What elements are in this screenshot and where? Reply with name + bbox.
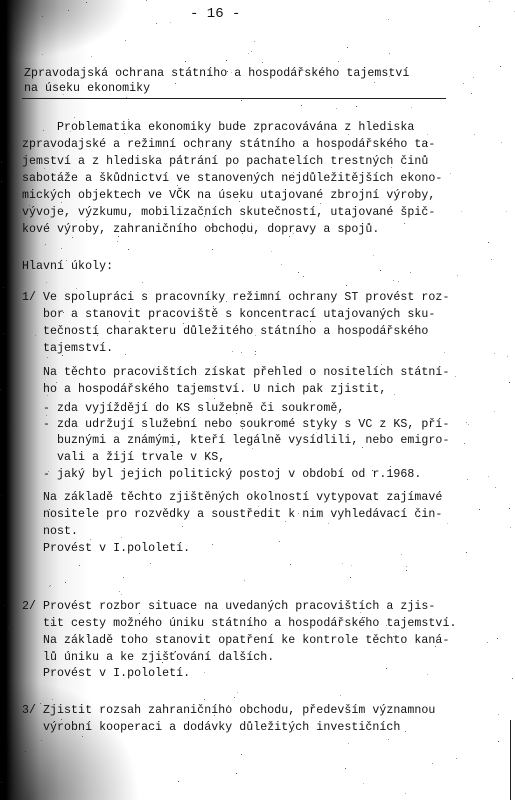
scan-speck [463, 83, 464, 84]
scan-speck [340, 695, 341, 696]
scan-edge-right [510, 720, 511, 800]
scan-speck [149, 495, 150, 496]
scan-speck [82, 736, 83, 737]
scan-speck [214, 398, 215, 399]
scan-speck [507, 356, 508, 357]
scan-speck [467, 479, 468, 480]
scan-speck [406, 566, 407, 567]
scan-speck [124, 133, 125, 134]
scan-speck [258, 506, 259, 507]
scan-speck [236, 413, 237, 414]
task1-line: ho a hospodářského tajemství. U nich pak… [22, 382, 386, 398]
scan-speck [72, 302, 73, 303]
scan-speck [123, 577, 124, 578]
scan-speck [398, 281, 399, 282]
scan-speck [389, 53, 390, 54]
scan-speck [457, 275, 458, 276]
scan-speck [226, 60, 227, 61]
scan-speck [204, 672, 205, 673]
scan-speck [380, 270, 381, 271]
scan-speck [495, 487, 496, 488]
scan-speck [88, 391, 89, 392]
scan-speck [427, 142, 428, 143]
scan-speck [87, 636, 88, 637]
scan-speck [72, 237, 73, 238]
scan-speck [49, 509, 50, 510]
scan-speck [298, 513, 299, 514]
scan-speck [146, 0, 147, 1]
scan-speck [58, 262, 59, 263]
scan-speck [303, 276, 304, 277]
scan-speck [271, 251, 272, 252]
scan-speck [242, 428, 243, 429]
scan-speck [43, 130, 44, 131]
scan-speck [211, 227, 212, 228]
scan-speck [61, 202, 62, 203]
scan-speck [48, 471, 49, 472]
scan-speck [13, 170, 14, 171]
scan-speck [97, 335, 98, 336]
scan-speck [386, 625, 387, 626]
scan-speck [128, 249, 129, 250]
scan-speck [9, 146, 10, 147]
scan-speck [506, 211, 507, 212]
scan-shadow-top [0, 0, 130, 60]
scan-speck [4, 605, 5, 606]
scan-speck [488, 476, 489, 477]
scan-speck [1, 162, 2, 163]
scan-speck [68, 10, 69, 11]
scan-speck [0, 389, 1, 390]
scan-speck [79, 565, 80, 566]
scan-speck [342, 563, 343, 564]
scan-speck [248, 53, 249, 54]
scan-speck [388, 739, 389, 740]
scan-speck [509, 508, 510, 509]
scan-speck [110, 314, 111, 315]
scan-speck [131, 492, 132, 493]
scan-speck [293, 233, 294, 234]
task1-line: nost. [22, 524, 78, 540]
heading-underline [22, 98, 446, 99]
scan-speck [26, 295, 27, 296]
scan-speck [132, 495, 133, 496]
scan-speck [279, 541, 280, 542]
scan-speck [388, 19, 389, 20]
scan-speck [68, 653, 69, 654]
scan-speck [301, 105, 302, 106]
scan-speck [298, 272, 299, 273]
scan-speck [435, 646, 436, 647]
scan-speck [120, 197, 121, 198]
scan-speck [466, 552, 467, 553]
scan-speck [180, 417, 181, 418]
scan-speck [264, 723, 265, 724]
scan-speck [373, 255, 374, 256]
scan-speck [293, 730, 294, 731]
scan-speck [348, 134, 349, 135]
task1-line: Na základě těchto zjištěných okolností v… [22, 490, 442, 506]
task1-line: tajemství. [22, 341, 113, 357]
scan-speck [466, 422, 467, 423]
scan-speck [348, 743, 349, 744]
scan-speck [14, 429, 15, 430]
scan-speck [498, 741, 499, 742]
scan-speck [498, 714, 499, 715]
scan-speck [345, 768, 346, 769]
scan-speck [116, 452, 117, 453]
scan-speck [427, 674, 428, 675]
scan-speck [479, 26, 480, 27]
scan-speck [347, 47, 348, 48]
scan-speck [117, 241, 118, 242]
scan-speck [228, 705, 229, 706]
scan-speck [47, 357, 48, 358]
scan-speck [324, 296, 325, 297]
scan-speck [156, 23, 157, 24]
task1-line: - jaký byl jejich politický postoj v obd… [22, 467, 421, 483]
scan-speck [411, 107, 412, 108]
scan-speck [350, 577, 351, 578]
scan-speck [241, 352, 242, 353]
scan-speck [253, 183, 254, 184]
scan-speck [461, 211, 462, 212]
scan-speck [252, 448, 253, 449]
scan-speck [212, 544, 213, 545]
scan-speck [447, 523, 448, 524]
scan-speck [46, 415, 47, 416]
scan-speck [127, 192, 128, 193]
scan-speck [242, 233, 243, 234]
scan-speck [3, 333, 4, 334]
task1-line: Provést v I.pololetí. [22, 541, 190, 557]
task3-line: výrobní kooperaci a dodávky důležitých i… [22, 720, 400, 736]
page-number: - 16 - [190, 6, 240, 22]
scan-speck [455, 376, 456, 377]
scan-speck [129, 321, 130, 322]
scan-speck [289, 236, 290, 237]
scan-speck [86, 2, 87, 3]
scan-speck [238, 125, 239, 126]
scan-speck [456, 758, 457, 759]
scan-speck [474, 134, 475, 135]
scan-speck [384, 512, 385, 513]
scan-speck [274, 422, 275, 423]
scan-speck [239, 201, 240, 202]
scan-speck [86, 220, 87, 221]
scan-speck [200, 147, 201, 148]
scan-speck [340, 393, 341, 394]
scan-speck [293, 172, 294, 173]
scan-speck [227, 71, 228, 72]
scan-speck [1, 782, 2, 783]
task2-line: tit cesty možného úniku státního a hospo… [22, 616, 456, 632]
scan-shadow-bottom [0, 680, 140, 800]
scan-speck [494, 353, 495, 354]
intro-line: mických objektech ve VČK na úseku utajov… [22, 188, 435, 204]
scan-speck [479, 509, 480, 510]
scan-speck [464, 443, 465, 444]
intro-line: jemství a z hlediska pátrání po pachatel… [22, 154, 428, 170]
task1-line: vali a žijí trvale v KS, [22, 450, 225, 466]
scan-speck [353, 475, 354, 476]
scan-speck [45, 244, 46, 245]
scan-speck [35, 335, 36, 336]
task1-line: bor a stanovit pracoviště s koncentrací … [22, 307, 435, 323]
scan-speck [244, 580, 245, 581]
scan-speck [291, 146, 292, 147]
scan-speck [90, 539, 91, 540]
scan-speck [382, 421, 383, 422]
scan-speck [288, 389, 289, 390]
intro-line: kové výroby, zahraničního obchodu, dopra… [22, 222, 379, 238]
intro-line: Problematika ekonomiky bude zpracovávána… [22, 120, 414, 136]
task2-line: Provést v I.pololetí. [22, 666, 190, 682]
task1-line: Na těchto pracovištích získat přehled o … [22, 365, 449, 381]
scan-speck [351, 565, 352, 566]
scan-speck [256, 725, 257, 726]
scan-speck [1, 495, 2, 496]
scan-speck [255, 335, 256, 336]
scan-speck [183, 323, 184, 324]
scan-speck [139, 613, 140, 614]
task1-line: tečností charakteru důležitého státního … [22, 324, 428, 340]
scan-speck [512, 678, 513, 679]
scan-speck [494, 411, 495, 412]
scan-speck [387, 725, 388, 726]
scan-speck [497, 638, 498, 639]
scan-speck [391, 167, 392, 168]
scan-speck [310, 321, 311, 322]
intro-line: vývoje, výzkumu, mobilizačních skutečnos… [22, 205, 435, 221]
document-page: - 16 - Zpravodajská ochrana státního a h… [0, 0, 515, 800]
scan-speck [337, 413, 338, 414]
task1-line: 1/ Ve spolupráci s pracovníky režimní oc… [22, 290, 449, 306]
scan-speck [126, 97, 127, 98]
task2-line: lů úniku a ke zjišťování dalších. [22, 650, 274, 666]
scan-speck [150, 563, 151, 564]
scan-speck [234, 697, 235, 698]
intro-line: sabotáže a škůdnictví ve stanovených nej… [22, 171, 442, 187]
scan-speck [471, 93, 472, 94]
scan-speck [406, 570, 407, 571]
task1-line: - zda vyjíždějí do KS služebně či soukro… [22, 401, 344, 417]
scan-speck [8, 628, 9, 629]
scan-speck [180, 156, 181, 157]
scan-speck [432, 763, 433, 764]
scan-speck [510, 527, 511, 528]
task1-line: - zda udržují služební nebo soukromé sty… [22, 417, 449, 433]
scan-speck [207, 658, 208, 659]
scan-speck [262, 330, 263, 331]
scan-speck [214, 715, 215, 716]
scan-speck [51, 623, 52, 624]
scan-speck [62, 355, 63, 356]
scan-speck [254, 41, 255, 42]
scan-speck [175, 83, 176, 84]
scan-speck [76, 288, 77, 289]
scan-speck [321, 69, 322, 70]
scan-speck [42, 16, 43, 17]
scan-speck [316, 432, 317, 433]
scan-speck [204, 216, 205, 217]
scan-speck [488, 242, 489, 243]
scan-speck [237, 692, 238, 693]
scan-speck [255, 351, 256, 352]
scan-speck [63, 312, 64, 313]
scan-speck [255, 354, 256, 355]
scan-speck [47, 395, 48, 396]
scan-speck [125, 40, 126, 41]
scan-speck [336, 108, 337, 109]
scan-speck [356, 106, 357, 107]
scan-speck [172, 445, 173, 446]
scan-speck [379, 213, 380, 214]
scan-speck [61, 248, 62, 249]
scan-speck [487, 642, 488, 643]
scan-speck [232, 351, 233, 352]
scan-speck [204, 699, 205, 700]
scan-speck [473, 77, 474, 78]
scan-speck [185, 61, 186, 62]
scan-speck [241, 754, 242, 755]
scan-speck [236, 773, 237, 774]
scan-speck [66, 260, 67, 261]
scan-speck [281, 264, 282, 265]
task1-line: buznými a známými, kteří legálně vysídli… [22, 433, 449, 449]
scan-speck [128, 119, 129, 120]
scan-speck [40, 703, 41, 704]
scan-speck [251, 223, 252, 224]
scan-speck [159, 492, 160, 493]
scan-speck [500, 66, 501, 67]
scan-speck [46, 282, 47, 283]
heading-line-2: na úseku ekonomiky [24, 81, 150, 97]
scan-speck [25, 751, 26, 752]
scan-speck [489, 1, 490, 2]
scan-speck [360, 612, 361, 613]
scan-speck [262, 62, 263, 63]
scan-speck [119, 591, 120, 592]
scan-speck [401, 554, 402, 555]
heading-line-1: Zpravodajská ochrana státního a hospodář… [24, 66, 409, 82]
scan-speck [386, 668, 387, 669]
scan-speck [162, 662, 163, 663]
scan-speck [363, 783, 364, 784]
scan-speck [381, 364, 382, 365]
scan-speck [260, 638, 261, 639]
scan-speck [410, 272, 411, 273]
scan-speck [226, 301, 227, 302]
scan-speck [390, 466, 391, 467]
intro-line: zpravodajské a režimní ochrany státního … [22, 137, 435, 153]
scan-speck [338, 61, 339, 62]
scan-speck [369, 511, 370, 512]
scan-speck [70, 131, 71, 132]
task2-line: 2/ Provést rozbor situace na uvedaných p… [22, 599, 435, 615]
scan-speck [29, 205, 30, 206]
scan-speck [65, 582, 66, 583]
scan-speck [3, 287, 4, 288]
scan-speck [231, 72, 232, 73]
scan-speck [394, 394, 395, 395]
scan-speck [405, 731, 406, 732]
scan-speck [501, 142, 502, 143]
scan-speck [121, 594, 122, 595]
scan-speck [91, 56, 92, 57]
scan-speck [468, 424, 469, 425]
scan-speck [427, 134, 428, 135]
scan-speck [328, 523, 329, 524]
scan-speck [314, 307, 315, 308]
scan-speck [177, 185, 178, 186]
scan-speck [170, 22, 171, 23]
scan-speck [346, 224, 347, 225]
scan-speck [49, 586, 50, 587]
scan-speck [56, 382, 57, 383]
scan-speck [404, 223, 405, 224]
scan-speck [74, 117, 75, 118]
scan-speck [1, 181, 2, 182]
scan-speck [44, 168, 45, 169]
scan-speck [50, 585, 51, 586]
scan-speck [285, 521, 286, 522]
scan-speck [7, 633, 8, 634]
scan-speck [12, 258, 13, 259]
scan-speck [362, 447, 363, 448]
scan-speck [213, 306, 214, 307]
scan-speck [52, 699, 53, 700]
scan-speck [372, 470, 373, 471]
scan-speck [159, 194, 160, 195]
tasks-heading: Hlavní úkoly: [22, 259, 113, 275]
scan-speck [63, 94, 64, 95]
scan-speck [114, 312, 115, 313]
scan-speck [178, 781, 179, 782]
scan-speck [121, 537, 122, 538]
scan-speck [241, 100, 242, 101]
scan-speck [405, 793, 406, 794]
scan-speck [42, 54, 43, 55]
scan-speck [182, 526, 183, 527]
scan-speck [290, 564, 291, 565]
scan-speck [118, 236, 119, 237]
scan-speck [450, 173, 451, 174]
scan-speck [346, 285, 347, 286]
scan-speck [444, 352, 445, 353]
scan-speck [61, 719, 62, 720]
scan-speck [364, 617, 365, 618]
task1-line: nositele pro rozvědky a soustředit k nim… [22, 507, 442, 523]
scan-speck [142, 282, 143, 283]
scan-speck [41, 740, 42, 741]
scan-speck [251, 51, 252, 52]
scan-speck [491, 259, 492, 260]
scan-speck [509, 382, 510, 383]
scan-speck [320, 203, 321, 204]
scan-speck [125, 354, 126, 355]
scan-speck [389, 76, 390, 77]
scan-speck [374, 82, 375, 83]
scan-speck [393, 280, 394, 281]
scan-speck [393, 636, 394, 637]
scan-speck [212, 249, 213, 250]
